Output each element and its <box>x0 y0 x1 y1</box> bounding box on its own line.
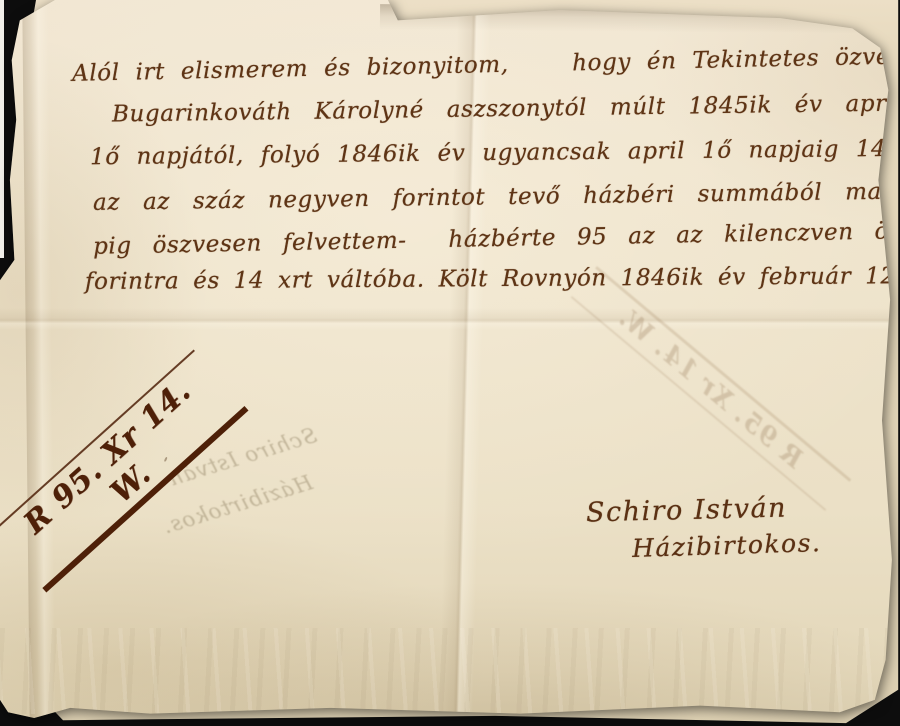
handwritten-line-4: az az száz negyven forintot tevő házbéri… <box>93 178 900 216</box>
signature-name: Schiro István <box>586 493 788 529</box>
handwritten-line-3: 1ő napjától, folyó 1846ik év ugyancsak a… <box>90 136 900 171</box>
letter-page: Schiro István Házibirtokos. R 95. Xr 14.… <box>0 0 900 726</box>
handwritten-line-5: pig öszvesen felvettem- házbérte 95 az a… <box>93 218 899 259</box>
left-fold-crease <box>22 0 56 726</box>
horizontal-fold-crease <box>0 308 900 330</box>
signature-title: Házibirtokos. <box>632 528 822 563</box>
handwritten-line-6: forintra és 14 xrt váltóba. Költ Rovnyón… <box>85 263 900 295</box>
handwritten-line-2: Bugarinkováth Károlyné aszszonytól múlt … <box>112 90 900 127</box>
ghost-docket-text: R 95. Xr 14. W. <box>612 303 809 475</box>
bottom-wrinkles <box>0 628 900 714</box>
top-edge-shadow <box>380 4 900 34</box>
scanned-letter-photo: Schiro István Házibirtokos. R 95. Xr 14.… <box>0 0 900 726</box>
letter-sheet-wrapper: Schiro István Házibirtokos. R 95. Xr 14.… <box>0 0 900 726</box>
handwritten-line-1: Alól irt elismerem és bizonyitom, hogy é… <box>72 43 900 87</box>
ink-specks <box>835 7 842 15</box>
docket-bleedthrough: R 95. Xr 14. W. <box>571 266 852 511</box>
